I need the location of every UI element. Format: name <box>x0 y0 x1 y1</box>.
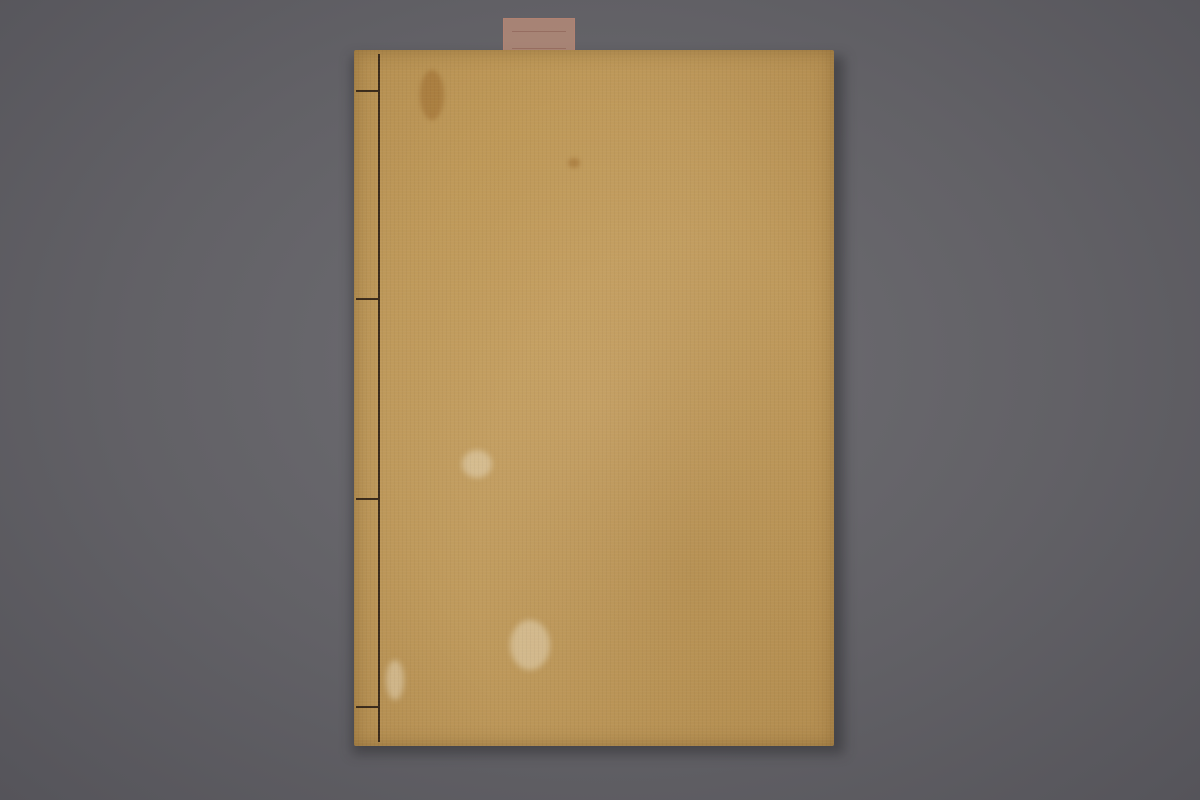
worn-patch-3 <box>386 660 404 700</box>
stitch-3 <box>356 498 379 500</box>
worn-patch-2 <box>462 450 492 478</box>
worn-patch <box>510 620 550 670</box>
stitch-2 <box>356 298 379 300</box>
stitch-1 <box>356 90 379 92</box>
spine-thread-line <box>378 54 380 742</box>
book-cover <box>354 50 834 746</box>
stain-top-left <box>420 70 444 120</box>
stain-small <box>568 158 580 168</box>
label-marks <box>512 31 566 49</box>
photo-scene <box>0 0 1200 800</box>
stitch-4 <box>356 706 379 708</box>
